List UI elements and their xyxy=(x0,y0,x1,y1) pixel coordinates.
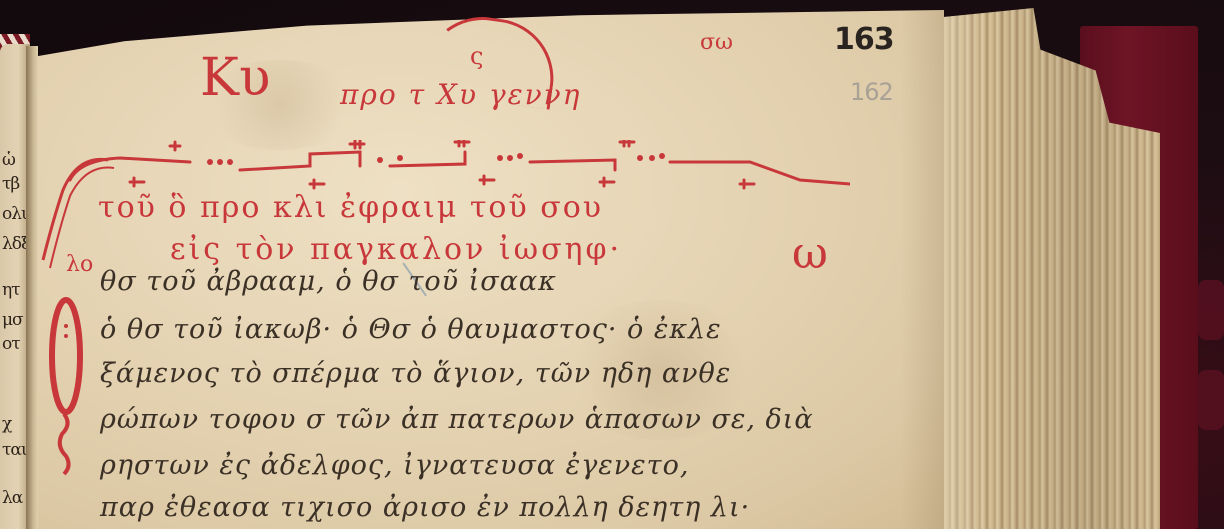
text-line: θσ τοῦ ἀβρααμ, ὁ θσ τοῦ ἰσαακ xyxy=(100,266,557,297)
left-page-text: μσ xyxy=(2,310,23,330)
folio-number-pencil: 162 xyxy=(850,78,893,106)
left-page-text: οτ xyxy=(2,334,20,354)
left-page-text: λα xyxy=(2,488,22,508)
left-page-text: ητ xyxy=(2,280,20,300)
text-line: ὁ θσ τοῦ ἰακωβ· ὁ Θσ ὁ θαυμαστος· ὁ ἐκλε xyxy=(100,314,722,345)
left-page-text: τβ xyxy=(2,174,19,194)
book-gutter xyxy=(26,46,38,529)
rubric-heading-line3: εἰς τὸν παγκαλον ἰωσηφ· xyxy=(170,232,622,267)
rubric-end-ornament: ω xyxy=(792,228,828,279)
rubric-mode-sign: ς xyxy=(470,42,483,70)
rubric-heading-line2: τοῦ ὃ προ κλι ἐφραιμ τοῦ σου xyxy=(98,190,603,225)
text-line: ρηστων ἐς ἀδελφος, ἰγνατευσα ἐγενετο, xyxy=(100,450,689,481)
text-line: ξάμενος τὸ σπέρμα τὸ ἅγιον, τῶν ηδη ανθε xyxy=(100,358,731,389)
rubric-corner-mark: σω xyxy=(700,30,733,55)
binding-ridge xyxy=(1198,370,1224,430)
left-page-text: ὡ xyxy=(2,150,15,170)
initial-theta-icon xyxy=(46,296,86,476)
text-line: παρ ἐθεασα τιχισο ἀρισο ἐν πολλη δεητη λ… xyxy=(100,492,750,523)
rubric-heading-line1: προ τ Χυ γεννη xyxy=(340,78,581,111)
folio-edge-shadow xyxy=(900,10,944,529)
left-page-text: χ xyxy=(2,414,11,434)
folio-number-ink: 163 xyxy=(834,22,894,57)
left-page-text: ται xyxy=(2,440,27,460)
rubric-abbreviation: Κυ xyxy=(200,48,270,108)
binding-ridge xyxy=(1198,280,1224,340)
text-line: ρώπων τοφου σ τῶν ἀπ πατερων ἁπασων σε, … xyxy=(100,404,814,435)
rubric-side-note: λο xyxy=(66,252,93,277)
manuscript-photo: ὡ τβ ολυ λδξ ητ μσ οτ χ ται λα 163 162 Κ… xyxy=(0,0,1224,529)
